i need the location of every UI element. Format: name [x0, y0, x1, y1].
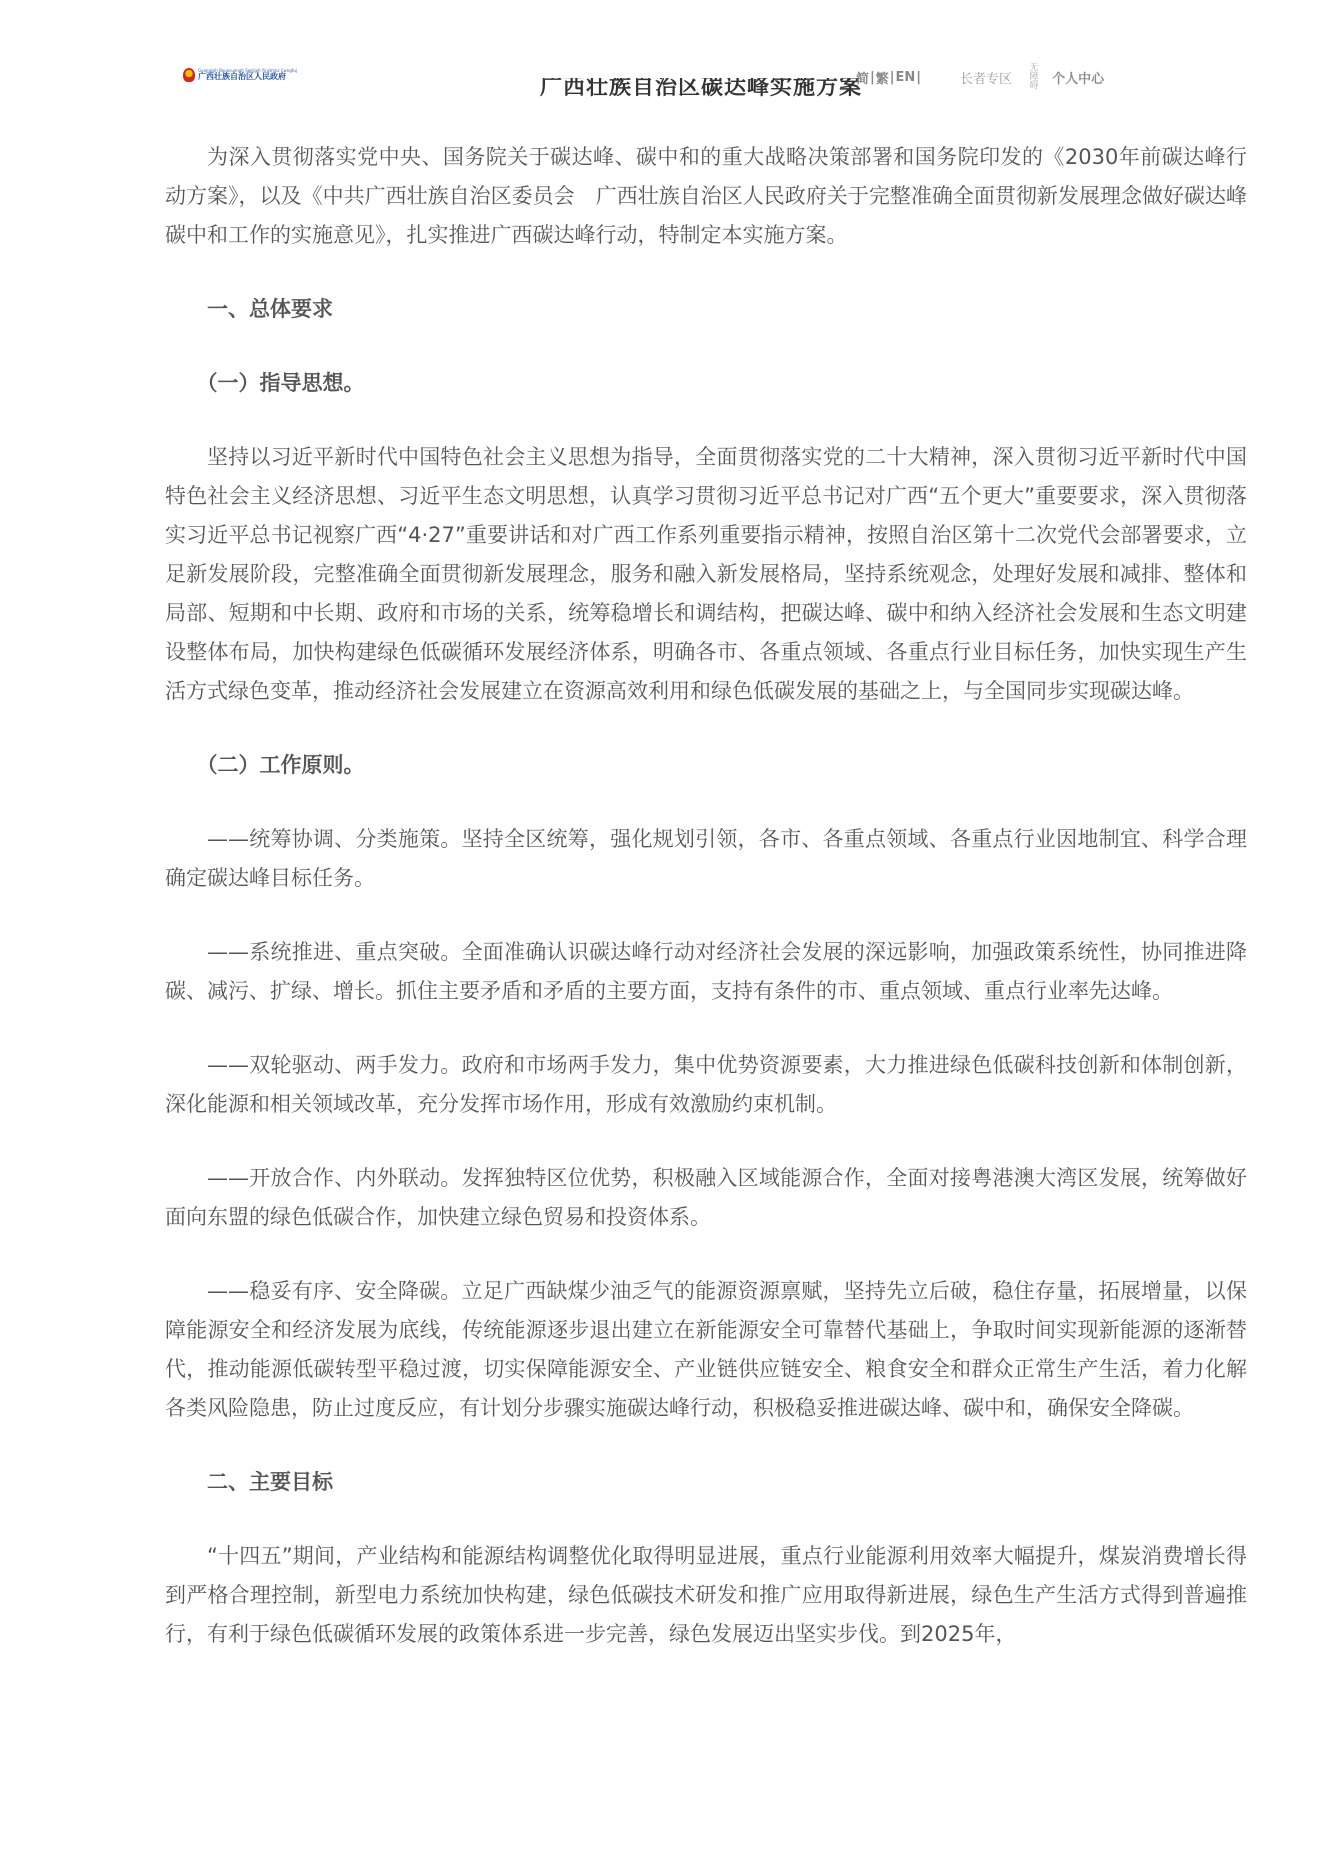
intro-paragraph: 为深入贯彻落实党中央、国务院关于碳达峰、碳中和的重大战略决策部署和国务院印发的《… — [165, 138, 1247, 255]
national-emblem-icon — [183, 68, 195, 82]
em-dash: —— — [207, 820, 249, 859]
accessibility-char: 碍 — [1030, 82, 1039, 91]
principle-paragraph: ——稳妥有序、安全降碳。立足广西缺煤少油乏气的能源资源禀赋，坚持先立后破，稳住存… — [165, 1272, 1247, 1428]
top-header: Gvangjsih Bouxcuengh Swcigih Yinzminz Cw… — [0, 0, 1323, 78]
principle-paragraph: ——系统推进、重点突破。全面准确认识碳达峰行动对经济社会发展的深远影响，加强政策… — [165, 933, 1247, 1011]
section-heading: 二、主要目标 — [165, 1463, 1247, 1502]
accessibility-link[interactable]: 无 障 碍 — [1028, 64, 1040, 91]
personal-center-link[interactable]: 个人中心 — [1052, 68, 1104, 87]
em-dash: —— — [207, 1272, 249, 1311]
principle-text: 开放合作、内外联动。发挥独特区位优势，积极融入区域能源合作，全面对接粤港澳大湾区… — [165, 1166, 1247, 1229]
principle-text: 稳妥有序、安全降碳。立足广西缺煤少油乏气的能源资源禀赋，坚持先立后破，稳住存量，… — [165, 1279, 1247, 1420]
document-body: 为深入贯彻落实党中央、国务院关于碳达峰、碳中和的重大战略决策部署和国务院印发的《… — [165, 138, 1247, 1689]
separator: | — [890, 70, 895, 85]
subsection-heading: （二）工作原则。 — [165, 746, 1247, 785]
principle-text: 系统推进、重点突破。全面准确认识碳达峰行动对经济社会发展的深远影响，加强政策系统… — [165, 940, 1247, 1003]
lang-english[interactable]: EN — [896, 70, 916, 85]
section-heading: 一、总体要求 — [165, 290, 1247, 329]
main-goals-paragraph: “十四五”期间，产业结构和能源结构调整优化取得明显进展，重点行业能源利用效率大幅… — [165, 1537, 1247, 1654]
em-dash: —— — [207, 1046, 249, 1085]
principle-paragraph: ——统筹协调、分类施策。坚持全区统筹，强化规划引领，各市、各重点领域、各重点行业… — [165, 820, 1247, 898]
guiding-thought-paragraph: 坚持以习近平新时代中国特色社会主义思想为指导，全面贯彻落实党的二十大精神，深入贯… — [165, 438, 1247, 711]
principle-paragraph: ——双轮驱动、两手发力。政府和市场两手发力，集中优势资源要素，大力推进绿色低碳科… — [165, 1046, 1247, 1124]
principle-text: 统筹协调、分类施策。坚持全区统筹，强化规划引领，各市、各重点领域、各重点行业因地… — [165, 827, 1247, 890]
subsection-heading: （一）指导思想。 — [165, 364, 1247, 403]
elder-zone-link[interactable]: 长者专区 — [960, 68, 1012, 87]
separator: | — [916, 70, 921, 85]
principle-text: 双轮驱动、两手发力。政府和市场两手发力，集中优势资源要素，大力推进绿色低碳科技创… — [165, 1053, 1247, 1116]
em-dash: —— — [207, 1159, 249, 1198]
site-logo[interactable]: Gvangjsih Bouxcuengh Swcigih Yinzminz Cw… — [183, 68, 297, 82]
header-nav: 简 | 繁 | EN | 长者专区 无 障 碍 个人中心 — [856, 62, 1104, 92]
em-dash: —— — [207, 933, 249, 972]
language-switcher: 简 | 繁 | EN | — [856, 68, 922, 87]
separator: | — [870, 70, 875, 85]
lang-simplified[interactable]: 简 — [856, 68, 869, 87]
logo-text: Gvangjsih Bouxcuengh Swcigih Yinzminz Cw… — [198, 69, 297, 81]
principle-paragraph: ——开放合作、内外联动。发挥独特区位优势，积极融入区域能源合作，全面对接粤港澳大… — [165, 1159, 1247, 1237]
lang-traditional[interactable]: 繁 — [876, 68, 889, 87]
logo-name: 广西壮族自治区人民政府 — [198, 73, 297, 81]
